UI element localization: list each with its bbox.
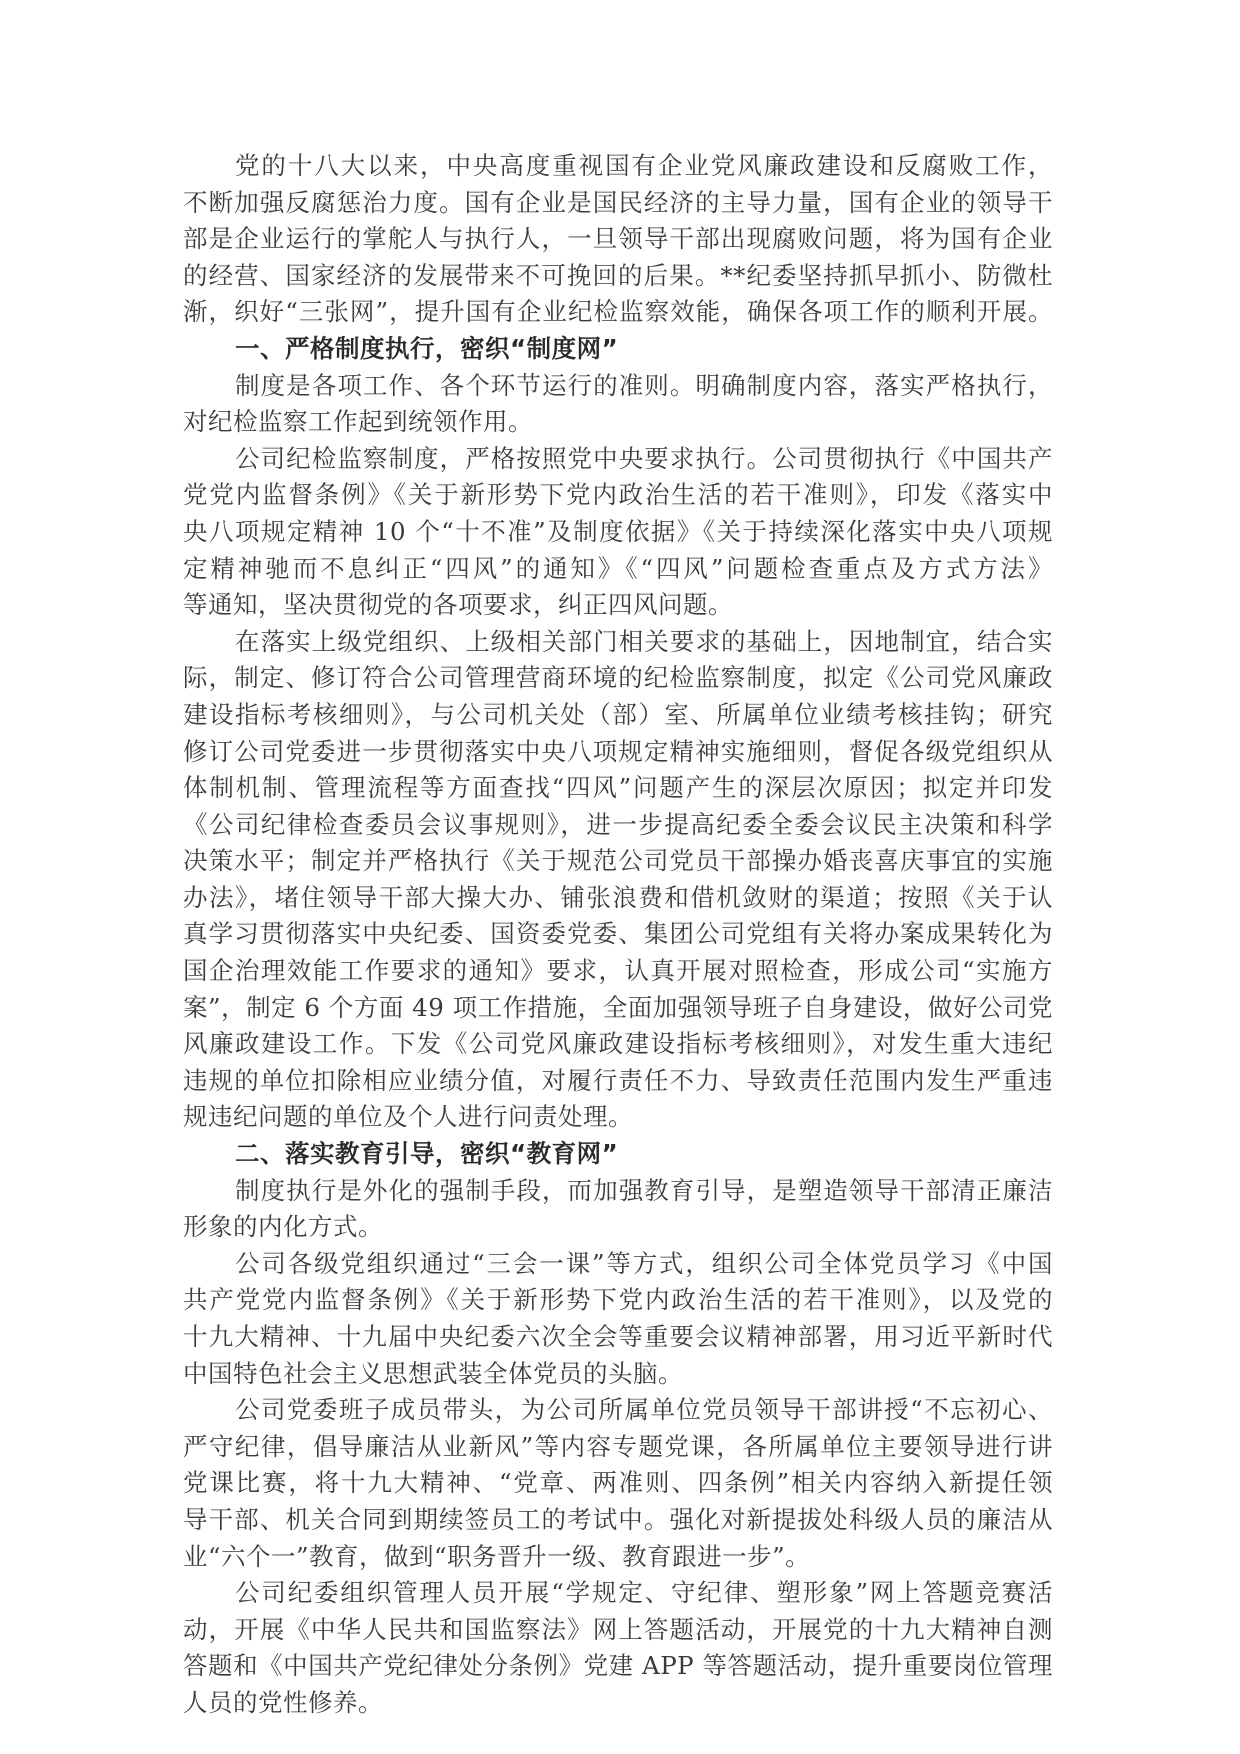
text-line: 办法》，堵住领导干部大操大办、铺张浪费和借机敛财的渠道；按照《关于认	[183, 880, 1053, 917]
text-line: 渐，织好“三张网”，提升国有企业纪检监察效能，确保各项工作的顺利开展。	[183, 294, 1053, 331]
text-line: 案”，制定 6 个方面 49 项工作措施，全面加强领导班子自身建设，做好公司党	[183, 990, 1053, 1027]
text-line: 修订公司党委进一步贯彻落实中央八项规定精神实施细则，督促各级党组织从	[183, 734, 1053, 771]
text-line: 十九大精神、十九届中央纪委六次全会等重要会议精神部署，用习近平新时代	[183, 1319, 1053, 1356]
text-line: 央八项规定精神 10 个“十不准”及制度依据》《关于持续深化落实中央八项规	[183, 514, 1053, 551]
paragraph: 公司各级党组织通过“三会一课”等方式，组织公司全体党员学习《中国 共产党党内监督…	[183, 1246, 1053, 1392]
text-line: 公司纪检监察制度，严格按照党中央要求执行。公司贯彻执行《中国共产	[183, 441, 1053, 478]
text-line: 答题和《中国共产党纪律处分条例》党建 APP 等答题活动，提升重要岗位管理	[183, 1648, 1053, 1685]
intro-paragraph: 党的十八大以来，中央高度重视国有企业党风廉政建设和反腐败工作， 不断加强反腐惩治…	[183, 148, 1053, 331]
text-line: 规违纪问题的单位及个人进行问责处理。	[183, 1099, 1053, 1136]
text-line: 共产党党内监督条例》《关于新形势下党内政治生活的若干准则》，以及党的	[183, 1282, 1053, 1319]
text-line: 公司党委班子成员带头，为公司所属单位党员领导干部讲授“不忘初心、	[183, 1392, 1053, 1429]
document-page: 党的十八大以来，中央高度重视国有企业党风廉政建设和反腐败工作， 不断加强反腐惩治…	[183, 148, 1053, 1722]
text-line: 动，开展《中华人民共和国监察法》网上答题活动，开展党的十九大精神自测	[183, 1612, 1053, 1649]
paragraph: 公司党委班子成员带头，为公司所属单位党员领导干部讲授“不忘初心、 严守纪律，倡导…	[183, 1392, 1053, 1575]
text-line: 等通知，坚决贯彻党的各项要求，纠正四风问题。	[183, 587, 1053, 624]
text-line: 在落实上级党组织、上级相关部门相关要求的基础上，因地制宜，结合实	[183, 624, 1053, 661]
text-line: 部是企业运行的掌舵人与执行人，一旦领导干部出现腐败问题，将为国有企业	[183, 221, 1053, 258]
text-line: 严守纪律，倡导廉洁从业新风”等内容专题党课，各所属单位主要领导进行讲	[183, 1429, 1053, 1466]
text-line: 党的十八大以来，中央高度重视国有企业党风廉政建设和反腐败工作，	[183, 148, 1053, 185]
text-line: 导干部、机关合同到期续签员工的考试中。强化对新提拔处科级人员的廉洁从	[183, 1502, 1053, 1539]
text-line: 形象的内化方式。	[183, 1209, 1053, 1246]
paragraph: 制度是各项工作、各个环节运行的准则。明确制度内容，落实严格执行， 对纪检监察工作…	[183, 368, 1053, 441]
text-line: 不断加强反腐惩治力度。国有企业是国民经济的主导力量，国有企业的领导干	[183, 185, 1053, 222]
paragraph: 制度执行是外化的强制手段，而加强教育引导，是塑造领导干部清正廉洁 形象的内化方式…	[183, 1173, 1053, 1246]
text-line: 《公司纪律检查委员会议事规则》，进一步提高纪委全委会议民主决策和科学	[183, 807, 1053, 844]
paragraph: 在落实上级党组织、上级相关部门相关要求的基础上，因地制宜，结合实 际，制定、修订…	[183, 624, 1053, 1136]
paragraph: 公司纪检监察制度，严格按照党中央要求执行。公司贯彻执行《中国共产 党党内监督条例…	[183, 441, 1053, 624]
text-line: 党课比赛，将十九大精神、“党章、两准则、四条例”相关内容纳入新提任领	[183, 1465, 1053, 1502]
text-line: 风廉政建设工作。下发《公司党风廉政建设指标考核细则》，对发生重大违纪	[183, 1026, 1053, 1063]
text-line: 际，制定、修订符合公司管理营商环境的纪检监察制度，拟定《公司党风廉政	[183, 660, 1053, 697]
text-line: 国企治理效能工作要求的通知》要求，认真开展对照检查，形成公司“实施方	[183, 953, 1053, 990]
paragraph: 公司纪委组织管理人员开展“学规定、守纪律、塑形象”网上答题竞赛活 动，开展《中华…	[183, 1575, 1053, 1721]
text-line: 真学习贯彻落实中央纪委、国资委党委、集团公司党组有关将办案成果转化为	[183, 916, 1053, 953]
text-line: 定精神驰而不息纠正“四风”的通知》《“四风”问题检查重点及方式方法》	[183, 551, 1053, 588]
text-line: 人员的党性修养。	[183, 1685, 1053, 1722]
text-line: 对纪检监察工作起到统领作用。	[183, 404, 1053, 441]
text-line: 业“六个一”教育，做到“职务晋升一级、教育跟进一步”。	[183, 1539, 1053, 1576]
text-line: 公司各级党组织通过“三会一课”等方式，组织公司全体党员学习《中国	[183, 1246, 1053, 1283]
text-line: 违规的单位扣除相应业绩分值，对履行责任不力、导致责任范围内发生严重违	[183, 1063, 1053, 1100]
text-line: 制度执行是外化的强制手段，而加强教育引导，是塑造领导干部清正廉洁	[183, 1173, 1053, 1210]
text-line: 制度是各项工作、各个环节运行的准则。明确制度内容，落实严格执行，	[183, 368, 1053, 405]
text-line: 建设指标考核细则》，与公司机关处（部）室、所属单位业绩考核挂钩；研究	[183, 697, 1053, 734]
text-line: 公司纪委组织管理人员开展“学规定、守纪律、塑形象”网上答题竞赛活	[183, 1575, 1053, 1612]
text-line: 体制机制、管理流程等方面查找“四风”问题产生的深层次原因；拟定并印发	[183, 770, 1053, 807]
text-line: 党党内监督条例》《关于新形势下党内政治生活的若干准则》，印发《落实中	[183, 477, 1053, 514]
text-line: 的经营、国家经济的发展带来不可挽回的后果。**纪委坚持抓早抓小、防微杜	[183, 258, 1053, 295]
section-heading-1: 一、严格制度执行，密织“制度网”	[183, 331, 1053, 368]
text-line: 中国特色社会主义思想武装全体党员的头脑。	[183, 1356, 1053, 1393]
section-heading-2: 二、落实教育引导，密织“教育网”	[183, 1136, 1053, 1173]
text-line: 决策水平；制定并严格执行《关于规范公司党员干部操办婚丧喜庆事宜的实施	[183, 843, 1053, 880]
